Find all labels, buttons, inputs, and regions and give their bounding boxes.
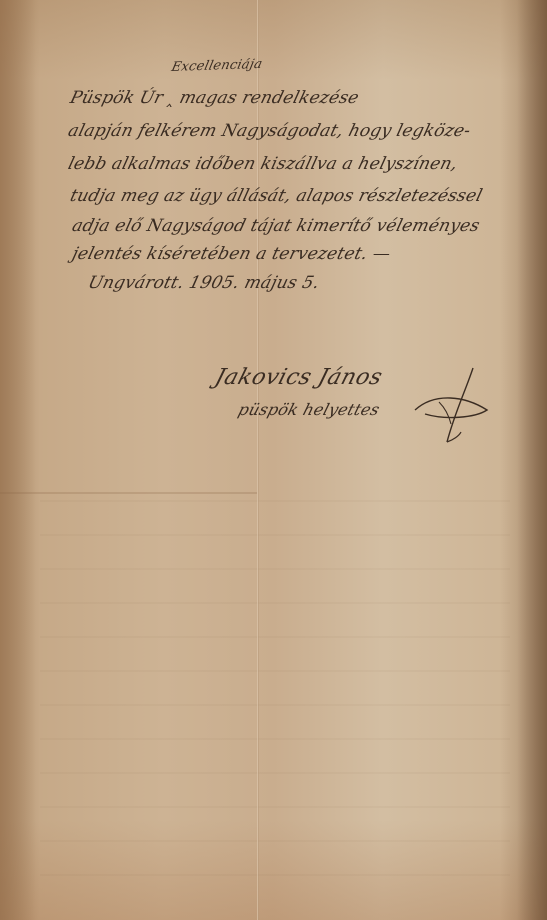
ink-bleed-through <box>40 500 510 880</box>
inserted-word-excellenciaja: Excellenciája <box>170 57 264 75</box>
document-page: Excellenciája Püspök Úr ‸ magas rendelke… <box>0 0 547 920</box>
letter-line-4: tudja meg az ügy állását, alapos részlet… <box>68 186 484 206</box>
letter-line-2: alapján felkérem Nagyságodat, hogy legkö… <box>66 121 473 141</box>
letter-line-3: lebb alkalmas időben kiszállva a helyszí… <box>66 154 460 174</box>
signature-flourish-icon <box>405 362 495 452</box>
letter-line-1: Püspök Úr ‸ magas rendelkezése <box>68 88 361 108</box>
signature-title: püspök helyettes <box>236 400 382 419</box>
paper-fold-horizontal <box>0 492 257 494</box>
dateline: Ungvárott. 1905. május 5. <box>86 273 322 293</box>
letter-line-6: jelentés kíséretében a tervezetet. — <box>70 244 393 264</box>
page-edge-shadow-left <box>0 0 36 920</box>
letter-line-5: adja elő Nagyságod tájat kimerítő vélemé… <box>70 216 482 236</box>
signature-name: Jakovics János <box>212 365 385 390</box>
page-edge-shadow-right <box>517 0 547 920</box>
